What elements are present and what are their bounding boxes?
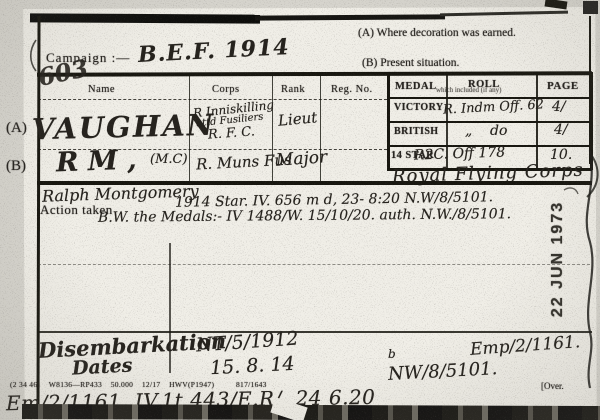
col-header-regno: Reg. No. bbox=[331, 84, 373, 95]
scan-artifact bbox=[583, 1, 598, 14]
row-a-rank: Lieut bbox=[277, 108, 318, 129]
col-header-name: Name bbox=[88, 84, 115, 95]
medal-label-british: BRITISH bbox=[394, 126, 439, 137]
faint-rule bbox=[38, 264, 590, 265]
medal-header-roll: ROLL bbox=[468, 79, 500, 90]
check-mark: b bbox=[388, 347, 396, 361]
bottom-edge-smudge-bar bbox=[22, 404, 600, 420]
medal-roll-british: „ do bbox=[465, 123, 507, 139]
scanned-medal-index-card: Campaign :— B.E.F. 1914 (A) Where decora… bbox=[0, 0, 600, 420]
over-note: [Over. bbox=[541, 381, 564, 391]
top-edge-smudge-bar bbox=[30, 13, 260, 23]
medal-roll-star: R2C. Off 178 bbox=[414, 144, 506, 163]
medal-label-victory: VICTORY bbox=[394, 102, 444, 113]
disembarkation-date-2: 15. 8. 14 bbox=[209, 353, 295, 379]
note-b: (B) Present situation. bbox=[362, 57, 459, 69]
row-b-rank: Major bbox=[275, 147, 327, 171]
medal-header-page: PAGE bbox=[547, 80, 579, 92]
row-a-prefix: (A) bbox=[6, 120, 27, 137]
medal-page-victory: 4/ bbox=[552, 99, 566, 115]
dates-label: Dates bbox=[71, 354, 132, 379]
row-b-initials: R M , bbox=[55, 145, 137, 179]
grid-line-dashed bbox=[38, 99, 387, 100]
col-header-rank: Rank bbox=[281, 84, 305, 95]
row-b-decoration: (M.C) bbox=[150, 152, 188, 167]
medal-box-right bbox=[590, 72, 593, 170]
row-b-prefix: (B) bbox=[6, 158, 26, 175]
col-header-corps: Corps bbox=[212, 84, 240, 95]
note-a: (A) Where decoration was earned. bbox=[358, 27, 516, 39]
date-stamp: 22 JUN 1973 bbox=[549, 194, 567, 324]
medal-page-british: 4/ bbox=[554, 122, 568, 138]
medal-header-medal: MEDAL bbox=[395, 81, 437, 92]
row-a-name: VAUGHAN bbox=[32, 108, 216, 147]
